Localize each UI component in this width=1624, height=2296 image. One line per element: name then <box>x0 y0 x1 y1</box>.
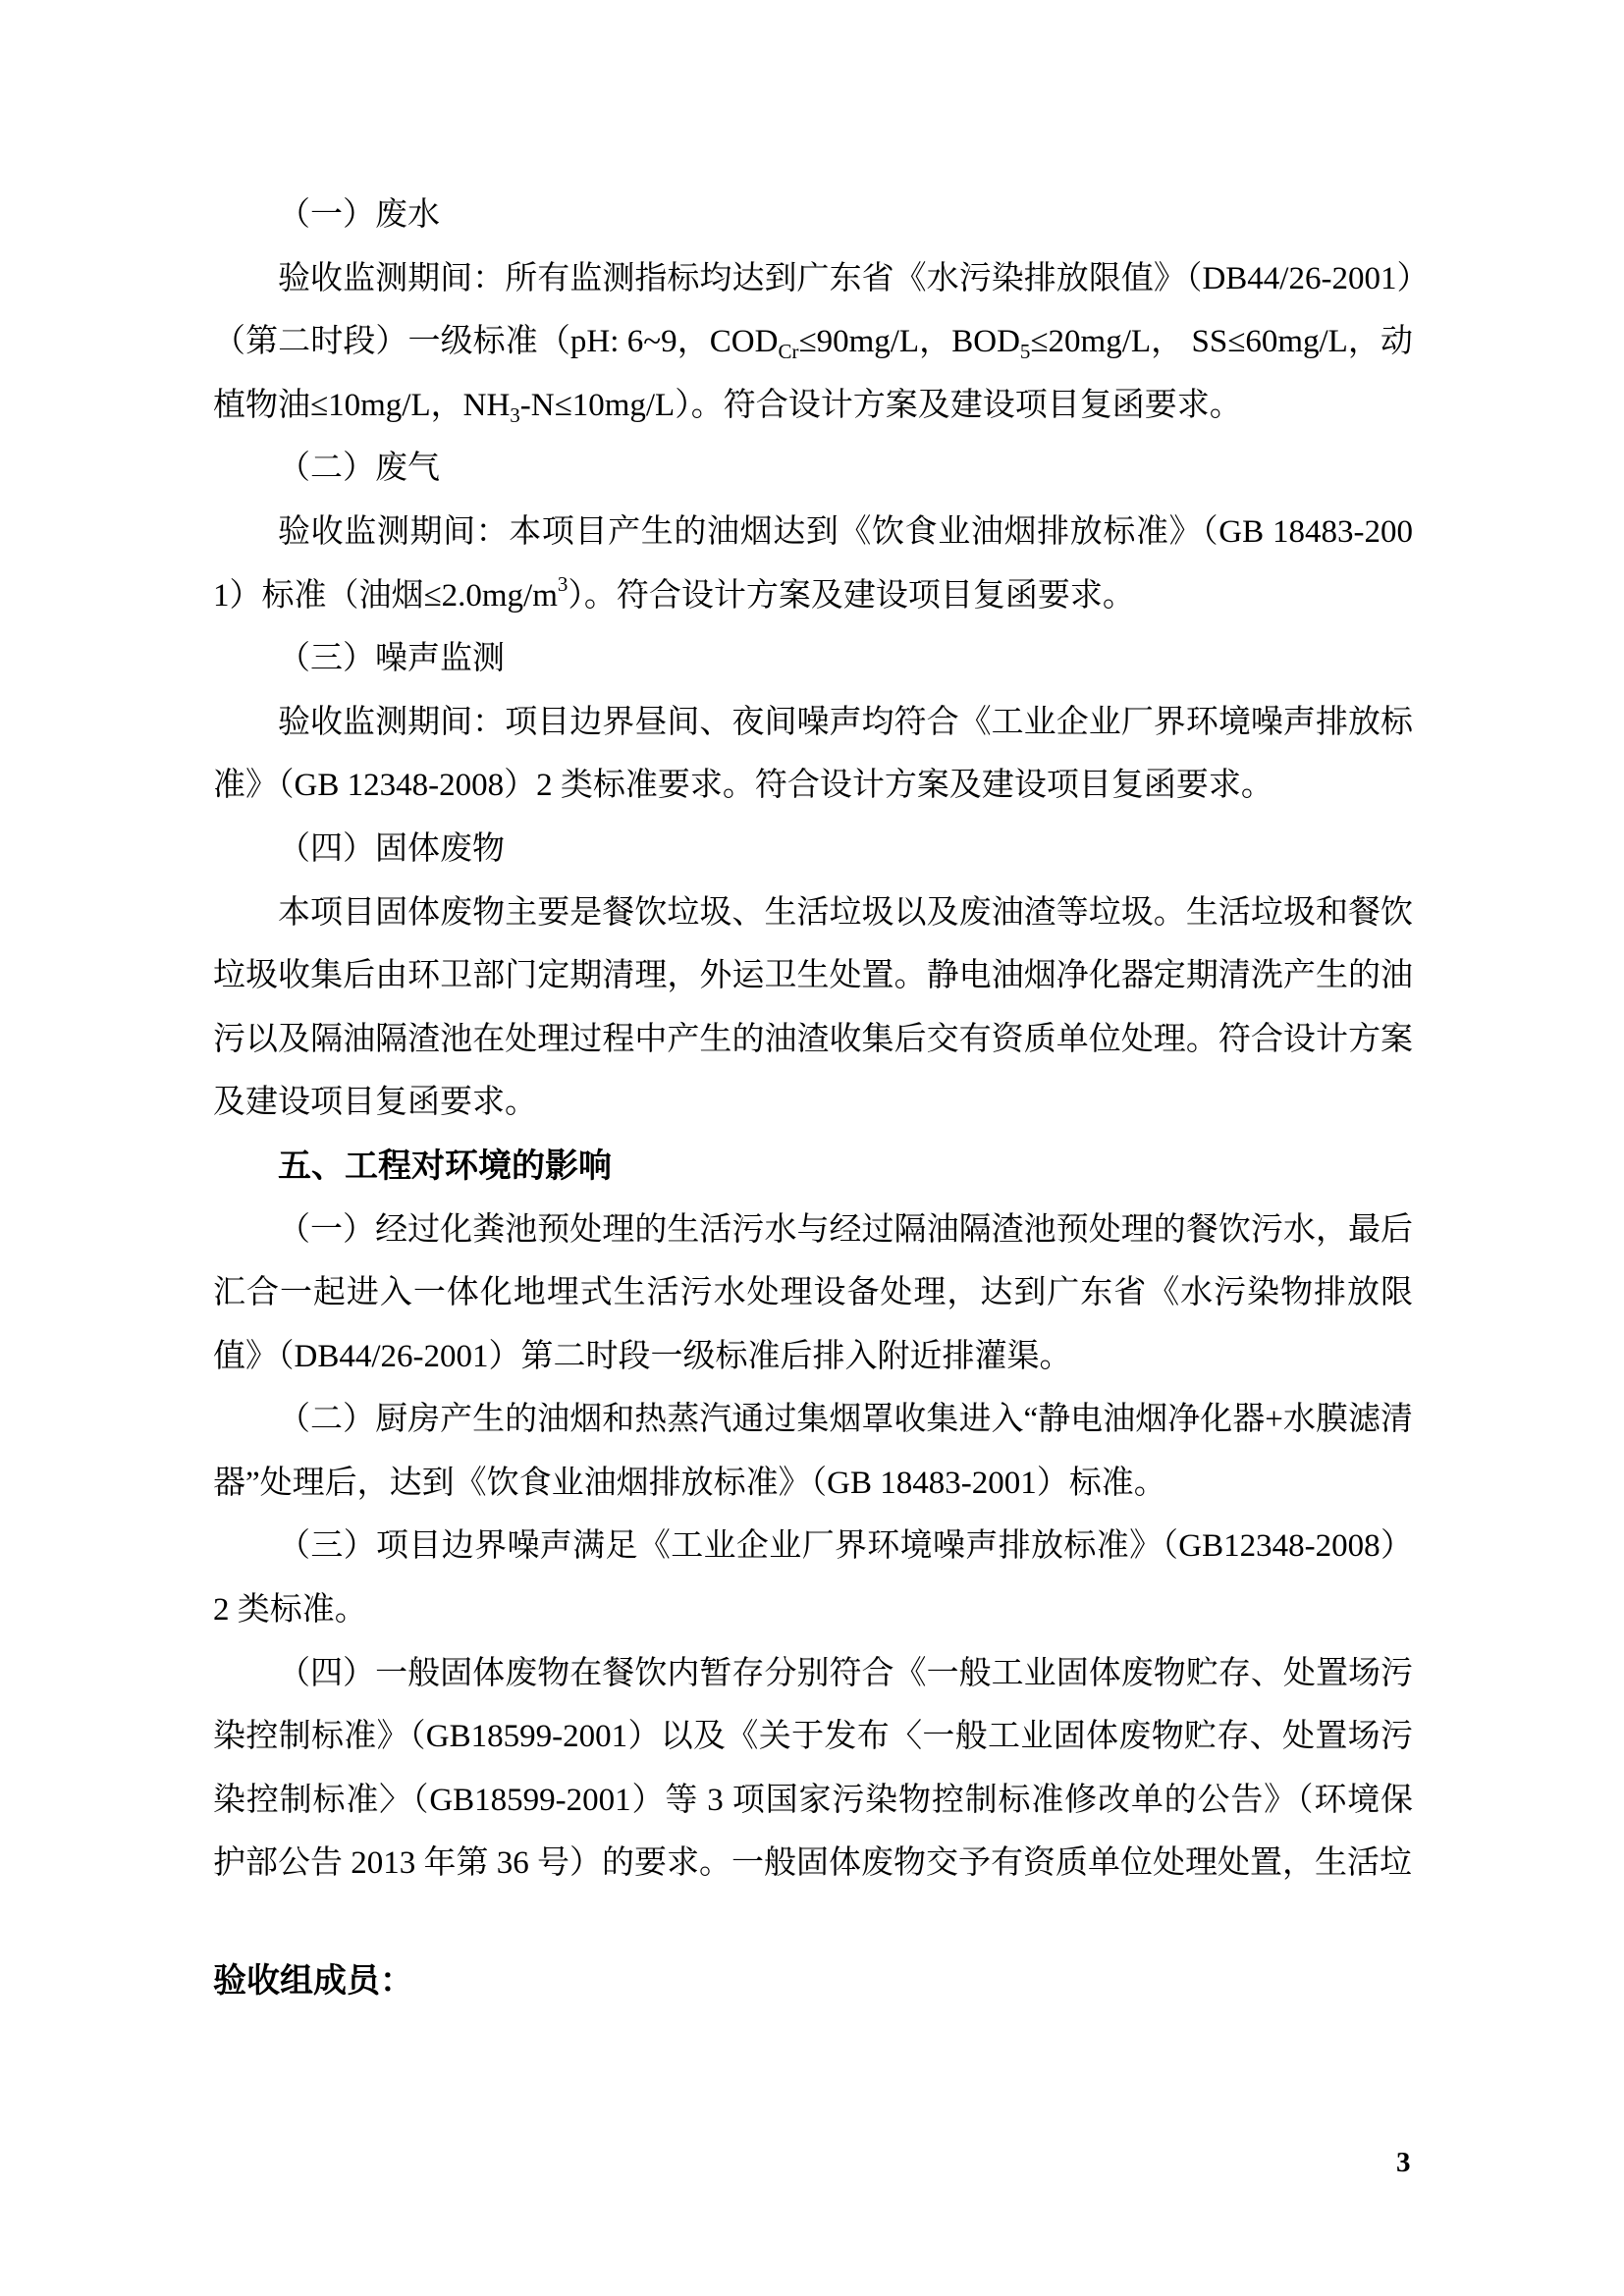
paragraph-impact-fume: （二）厨房产生的油烟和热蒸汽通过集烟罩收集进入“静电油烟净化器+水膜滤清器”处理… <box>213 1388 1413 1515</box>
subsection-title-noise-monitoring: （三）噪声监测 <box>213 627 1413 691</box>
text-run: ≤90mg/L，BOD <box>798 324 1019 359</box>
paragraph-impact-solid-waste: （四）一般固体废物在餐饮内暂存分别符合《一般工业固体废物贮存、处置场污染控制标准… <box>213 1642 1413 1896</box>
subsection-title-exhaust-gas: （二）废气 <box>213 437 1413 501</box>
paragraph-noise-monitoring: 验收监测期间：项目边界昼间、夜间噪声均符合《工业企业厂界环境噪声排放标准》（GB… <box>213 691 1413 818</box>
section-heading-environmental-impact: 五、工程对环境的影响 <box>213 1135 1413 1199</box>
superscript-3: 3 <box>558 572 568 596</box>
document-page: （一）废水 验收监测期间：所有监测指标均达到广东省《水污染排放限值》（DB44/… <box>0 0 1624 2296</box>
text-run: ）。符合设计方案及建设项目复函要求。 <box>568 578 1135 614</box>
text-run: -N≤10mg/L）。符合设计方案及建设项目复函要求。 <box>520 388 1242 423</box>
subscript-3: 3 <box>510 403 520 427</box>
paragraph-wastewater-monitoring: 验收监测期间：所有监测指标均达到广东省《水污染排放限值》（DB44/26-200… <box>213 247 1413 438</box>
paragraph-exhaust-gas-monitoring: 验收监测期间：本项目产生的油烟达到《饮食业油烟排放标准》（GB 18483-20… <box>213 501 1413 627</box>
paragraph-impact-wastewater: （一）经过化粪池预处理的生活污水与经过隔油隔渣池预处理的餐饮污水，最后汇合一起进… <box>213 1199 1413 1389</box>
subscript-5: 5 <box>1020 340 1031 363</box>
document-body: （一）废水 验收监测期间：所有监测指标均达到广东省《水污染排放限值》（DB44/… <box>213 184 1413 1896</box>
acceptance-group-members-label: 验收组成员： <box>213 1961 413 2001</box>
subsection-title-solid-waste: （四）固体废物 <box>213 818 1413 881</box>
subscript-cr: Cr <box>778 340 798 363</box>
paragraph-impact-noise: （三）项目边界噪声满足《工业企业厂界环境噪声排放标准》（GB12348-2008… <box>213 1515 1413 1641</box>
subsection-title-wastewater: （一）废水 <box>213 184 1413 247</box>
paragraph-solid-waste: 本项目固体废物主要是餐饮垃圾、生活垃圾以及废油渣等垃圾。生活垃圾和餐饮垃圾收集后… <box>213 881 1413 1135</box>
page-number: 3 <box>1396 2146 1411 2179</box>
